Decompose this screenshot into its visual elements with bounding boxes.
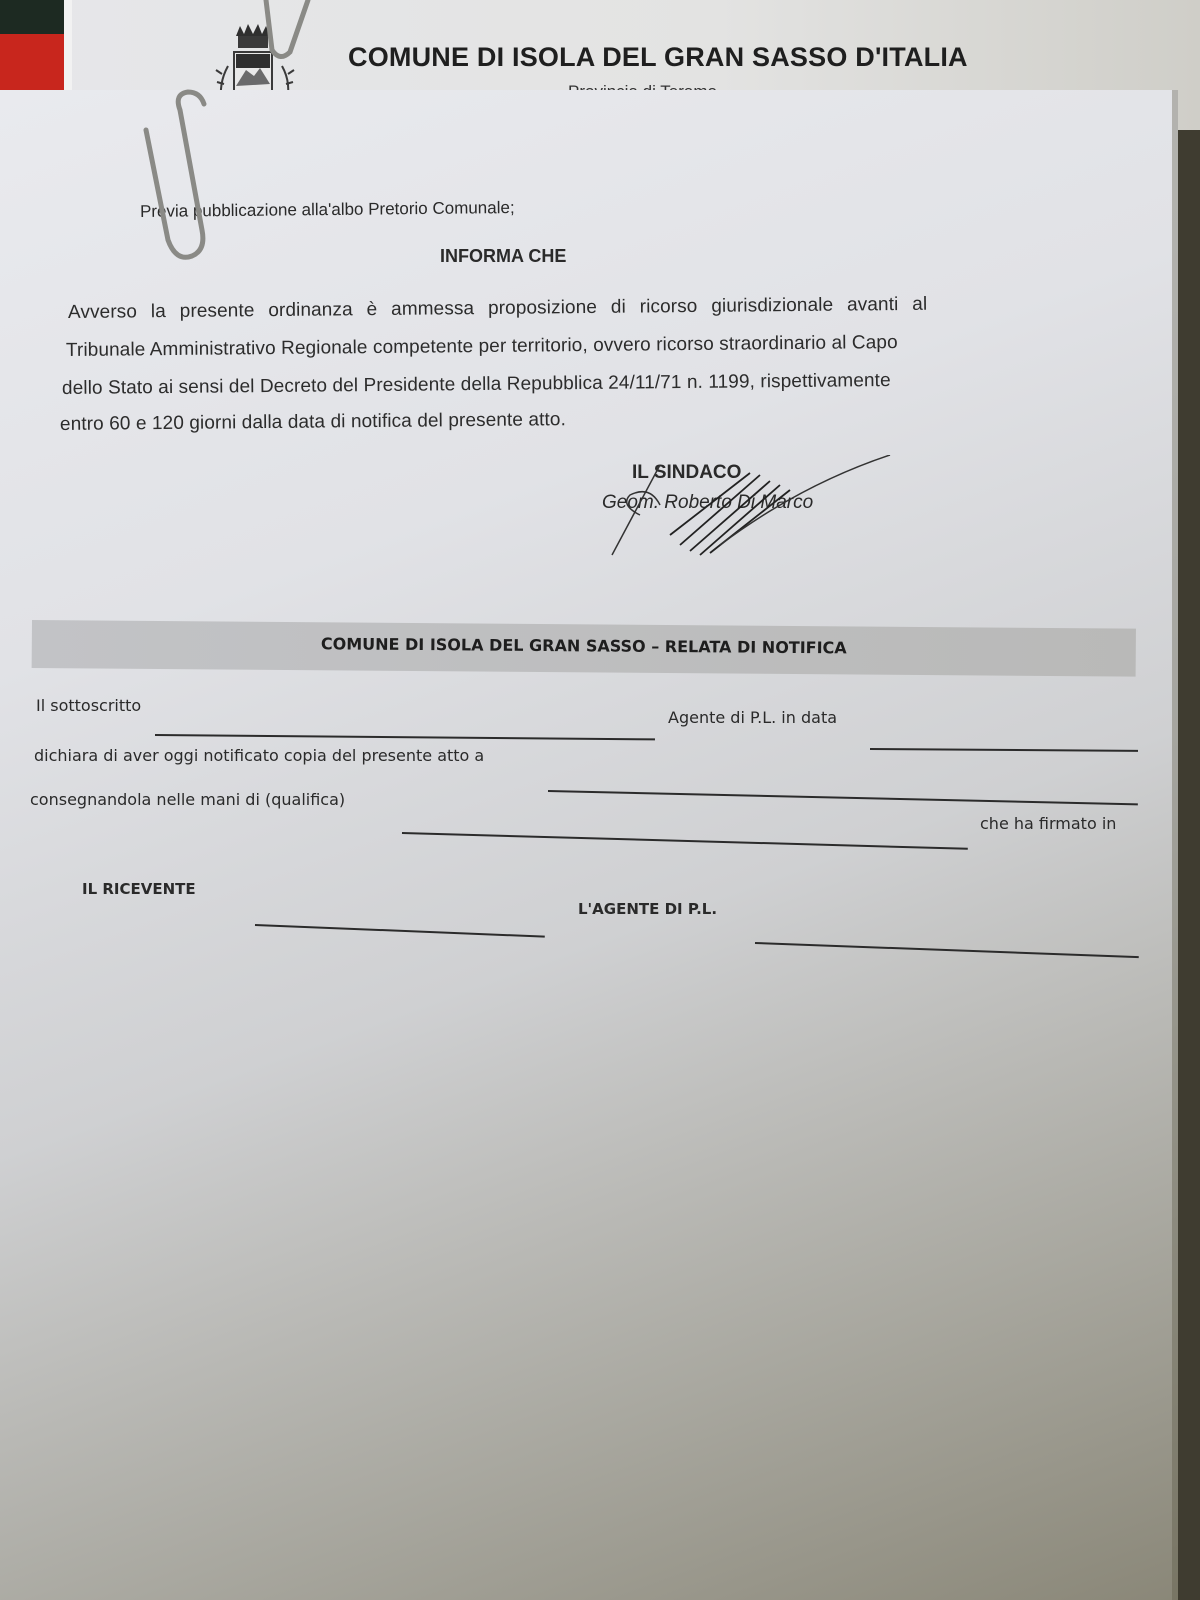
- informa-che-heading: INFORMA CHE: [440, 246, 566, 267]
- relata-title: COMUNE DI ISOLA DEL GRAN SASSO – RELATA …: [32, 632, 1136, 660]
- label-agente-data: Agente di P.L. in data: [668, 708, 837, 727]
- label-agente: L'AGENTE DI P.L.: [578, 900, 717, 918]
- letterhead-title: COMUNE DI ISOLA DEL GRAN SASSO D'ITALIA: [348, 42, 968, 73]
- firma-agente-line[interactable]: [755, 942, 1139, 958]
- label-sottoscritto: Il sottoscritto: [36, 696, 141, 715]
- signature-scribble-icon: [600, 455, 900, 575]
- field-qualifica-line[interactable]: [402, 832, 968, 850]
- paragraph-line-3: dello Stato ai sensi del Decreto del Pre…: [62, 370, 891, 400]
- firma-ricevente-line[interactable]: [255, 924, 545, 938]
- label-firmato: che ha firmato in: [980, 814, 1116, 833]
- paperclip-icon: [130, 0, 330, 270]
- field-destinatario-line[interactable]: [548, 790, 1138, 805]
- label-consegnandola: consegnandola nelle mani di (qualifica): [30, 790, 345, 809]
- paragraph-line-4: entro 60 e 120 giorni dalla data di noti…: [60, 409, 566, 436]
- document-page: Previa pubblicazione alla'albo Pretorio …: [0, 90, 1178, 1600]
- relata-header-bar: COMUNE DI ISOLA DEL GRAN SASSO – RELATA …: [32, 620, 1136, 677]
- field-sottoscritto-line[interactable]: [155, 734, 655, 740]
- label-ricevente: IL RICEVENTE: [82, 880, 196, 898]
- paragraph-line-2: Tribunale Amministrativo Regionale compe…: [66, 332, 898, 362]
- paragraph-line-1: Avverso la presente ordinanza è ammessa …: [68, 294, 927, 324]
- field-data-line[interactable]: [870, 748, 1138, 752]
- label-dichiara: dichiara di aver oggi notificato copia d…: [34, 746, 484, 765]
